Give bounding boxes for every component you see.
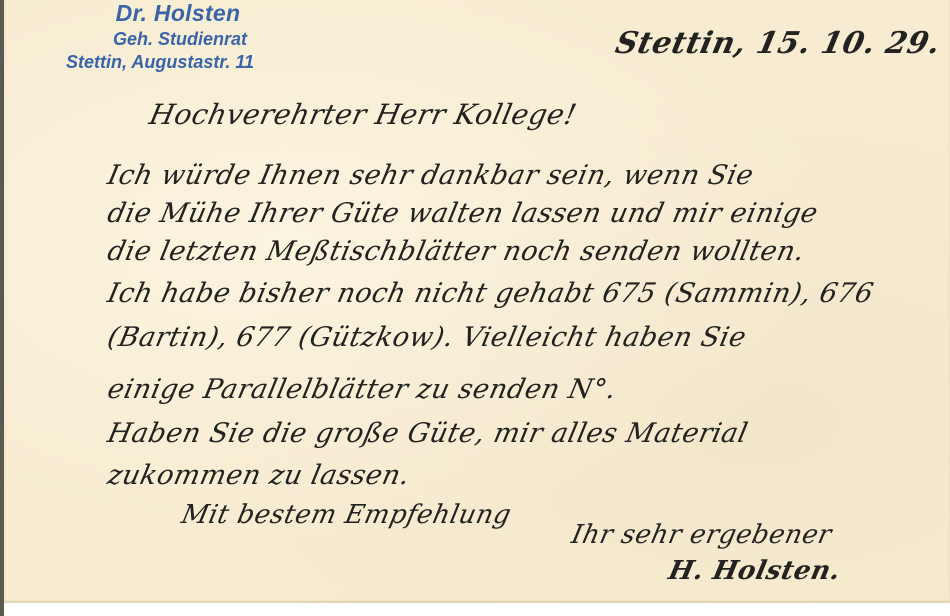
place-date: Stettin, 15. 10. 29. — [612, 26, 943, 61]
body-line: Ich würde Ihnen sehr dankbar sein, wenn … — [105, 160, 757, 191]
body-line: die Mühe Ihrer Güte walten lassen und mi… — [105, 198, 821, 229]
signature: H. Holsten. — [666, 556, 843, 586]
stamp-title: Geh. Studienrat — [106, 30, 254, 48]
body-line: (Bartin), 677 (Gützkow). Vielleicht habe… — [105, 322, 749, 353]
postcard: Dr. Holsten Geh. Studienrat Stettin, Aug… — [4, 0, 950, 603]
stamp-address: Stettin, Augustastr. 11 — [66, 53, 254, 71]
body-line: einige Parallelblätter zu senden N°. — [105, 374, 620, 405]
closing: Mit bestem Empfehlung — [179, 500, 514, 530]
body-line: zukommen zu lassen. — [105, 460, 413, 491]
stamp-name: Dr. Holsten — [102, 2, 254, 25]
body-line: Haben Sie die große Güte, mir alles Mate… — [105, 418, 751, 449]
salutation: Hochverehrter Herr Kollege! — [146, 98, 579, 131]
letterhead-stamp: Dr. Holsten Geh. Studienrat Stettin, Aug… — [66, 2, 254, 71]
regards: Ihr sehr ergebener — [569, 520, 835, 550]
body-line: Ich habe bisher noch nicht gehabt 675 (S… — [105, 278, 877, 309]
body-line: die letzten Meßtischblätter noch senden … — [105, 236, 808, 267]
